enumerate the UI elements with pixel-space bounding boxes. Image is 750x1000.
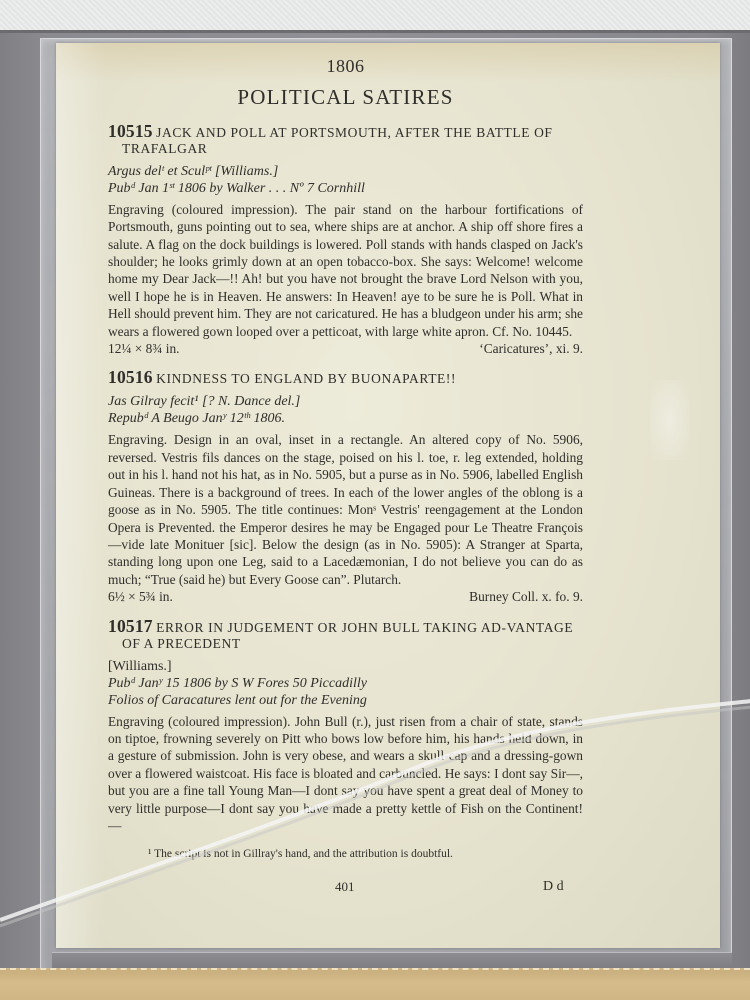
entry-heading: 10516 KINDNESS TO ENGLAND BY BUONAPARTE!… <box>108 369 583 387</box>
entry-number: 10517 <box>108 616 153 636</box>
section-title: POLITICAL SATIRES <box>108 89 583 106</box>
catalogue-entry: 10515 JACK AND POLL AT PORTSMOUTH, AFTER… <box>108 123 583 358</box>
entry-imprint: [Williams.] Pubᵈ Janʸ 15 1806 by S W For… <box>108 658 583 709</box>
entry-number: 10516 <box>108 367 153 387</box>
imprint-line: Folios of Caracatures lent out for the E… <box>108 692 583 709</box>
entry-footer: 12¼ × 8¾ in. ‘Caricatures’, xi. 9. <box>108 340 583 357</box>
entry-source: Burney Coll. x. fo. 9. <box>469 588 583 605</box>
entry-footer: 6½ × 5¾ in. Burney Coll. x. fo. 9. <box>108 588 583 605</box>
entry-description: Engraving. Design in an oval, inset in a… <box>108 431 583 588</box>
light-reflection <box>650 380 690 460</box>
imprint-line: [Williams.] <box>108 658 583 675</box>
page-number: 401 <box>335 878 355 895</box>
imprint-line: Pubᵈ Jan 1ˢᵗ 1806 by Walker . . . Nº 7 C… <box>108 180 583 197</box>
catalogue-entry: 10516 KINDNESS TO ENGLAND BY BUONAPARTE!… <box>108 369 583 605</box>
catalogue-entry: 10517 ERROR IN JUDGEMENT OR JOHN BULL TA… <box>108 618 583 835</box>
imprint-line: Pubᵈ Janʸ 15 1806 by S W Fores 50 Piccad… <box>108 675 583 692</box>
entry-description: Engraving (coloured impression). The pai… <box>108 201 583 340</box>
imprint-line: Jas Gilray fecit¹ [? N. Dance del.] <box>108 393 583 410</box>
entry-source: ‘Caricatures’, xi. 9. <box>479 340 583 357</box>
entry-imprint: Argus delᵗ et Sculᵖᵗ [Williams.] Pubᵈ Ja… <box>108 163 583 197</box>
entry-number: 10515 <box>108 121 153 141</box>
entry-heading: 10517 ERROR IN JUDGEMENT OR JOHN BULL TA… <box>108 618 583 652</box>
entry-imprint: Jas Gilray fecit¹ [? N. Dance del.] Repu… <box>108 393 583 427</box>
entry-title: ERROR IN JUDGEMENT OR JOHN BULL TAKING A… <box>122 620 573 651</box>
footnote: ¹ The script is not in Gillray's hand, a… <box>148 846 583 863</box>
imprint-line: Argus delᵗ et Sculᵖᵗ [Williams.] <box>108 163 583 180</box>
entry-title: JACK AND POLL AT PORTSMOUTH, AFTER THE B… <box>122 125 553 156</box>
page-footer: 401 D d <box>108 878 583 896</box>
entry-title: KINDNESS TO ENGLAND BY BUONAPARTE!! <box>156 371 456 386</box>
entry-description: Engraving (coloured impression). John Bu… <box>108 713 583 835</box>
page-text: 1806 POLITICAL SATIRES 10515 JACK AND PO… <box>108 58 583 896</box>
imprint-line: Repubᵈ A Beugo Janʸ 12ᵗʰ 1806. <box>108 410 583 427</box>
signature-mark: D d <box>543 878 564 895</box>
mount-strip <box>0 968 750 1000</box>
entry-dimensions: 12¼ × 8¾ in. <box>108 340 180 357</box>
running-head-year: 1806 <box>108 58 583 75</box>
entry-dimensions: 6½ × 5¾ in. <box>108 588 173 605</box>
entry-heading: 10515 JACK AND POLL AT PORTSMOUTH, AFTER… <box>108 123 583 157</box>
